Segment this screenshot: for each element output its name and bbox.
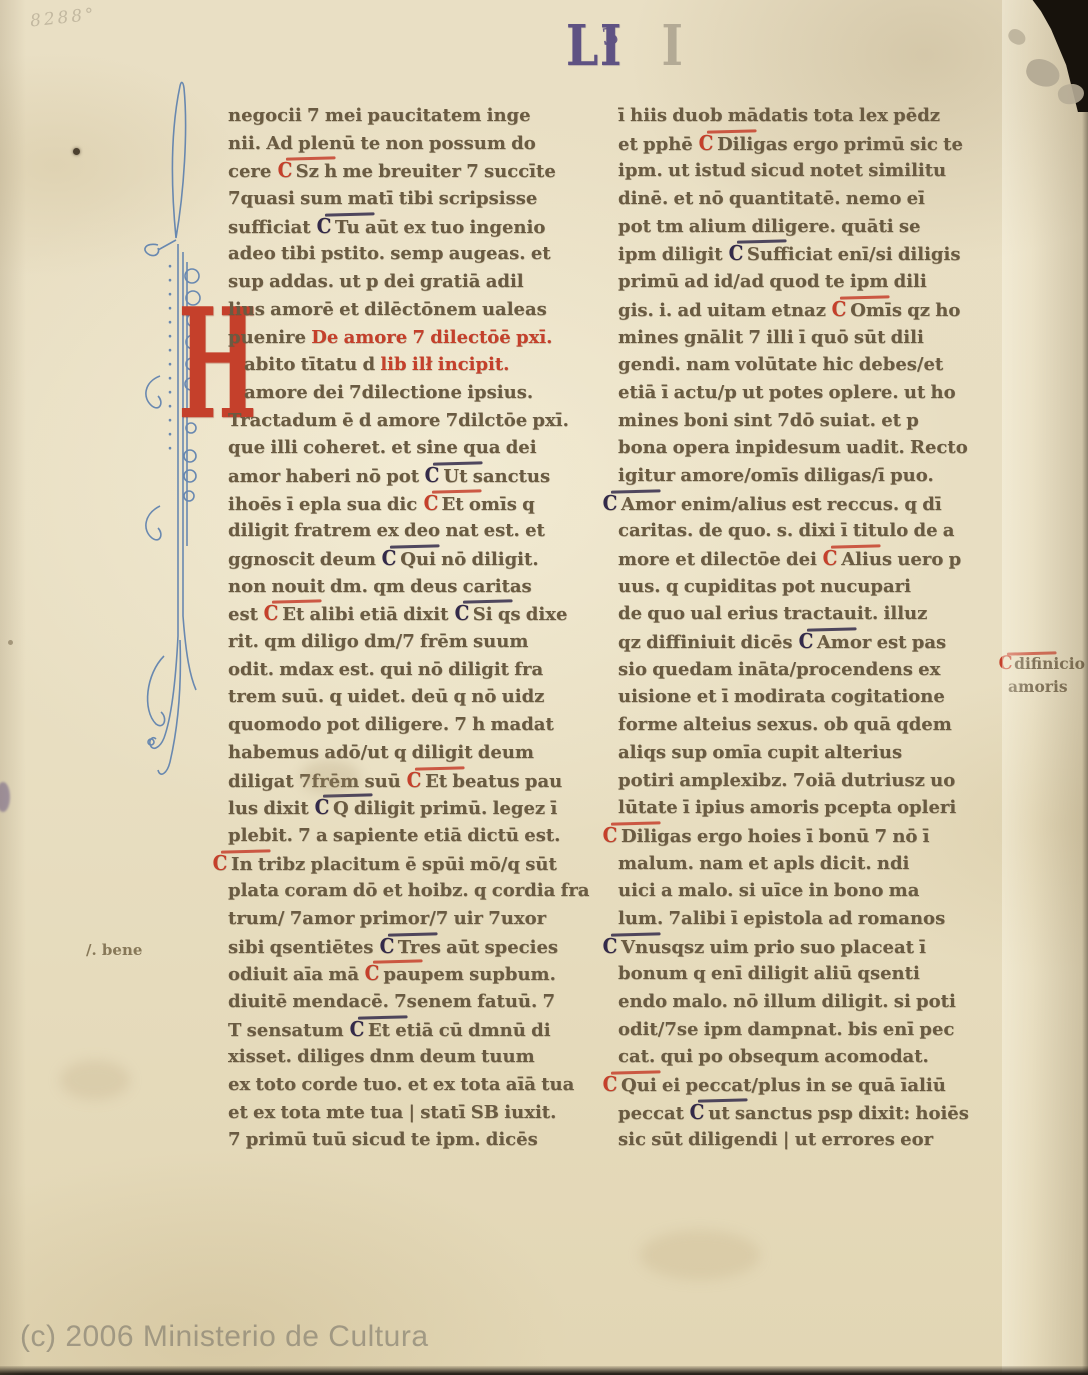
text-run: amore dei 7dilectione ipsius. (244, 382, 533, 403)
text-run: Et beatus pau (425, 771, 562, 792)
manuscript-line: aliqs sup omīa cupit alterius (618, 739, 998, 767)
manuscript-line: que illi coheret. et sine qua dei (228, 434, 580, 462)
text-run: more et dilectōe dei (618, 549, 822, 570)
text-run: Alius uero p (841, 549, 961, 570)
manuscript-line: CVnusqsz uim prio suo placeat ī (618, 933, 998, 961)
text-run: Et etiā cū dmnū di (368, 1020, 551, 1041)
manuscript-line: xisset. diliges dnm deum tuum (228, 1043, 580, 1071)
text-run: Qui ei peccat/plus in se quā īaliū (621, 1075, 946, 1096)
scan-bottom-edge (0, 1366, 1088, 1375)
paraph-mark: C (699, 130, 714, 158)
manuscript-line: rit. qm diligo dm/7 frēm suum (228, 628, 580, 656)
text-run: Tractadum ē d amore 7dilctōe pxī. (228, 410, 569, 431)
manuscript-line: abito tītatu d lib ilł incipit. (228, 351, 580, 379)
margin-note-line: amoris (1008, 677, 1068, 696)
text-run: endo malo. nō illum diligit. si poti (618, 991, 956, 1012)
paraph-mark: C (423, 490, 438, 518)
text-column-left: negocii 7 mei paucitatem ingenii. Ad ple… (228, 102, 580, 1154)
text-run: uisione et ī modirata cogitatione (618, 686, 945, 707)
text-run: Q diligit primū. legez ī (333, 798, 557, 819)
manuscript-line: uus. q cupiditas pot nucupari (618, 573, 998, 601)
manuscript-line: non nouit dm. qm deus caritas (228, 573, 580, 601)
manuscript-line: endo malo. nō illum diligit. si poti (618, 988, 998, 1016)
text-run: Et omīs q (442, 494, 535, 515)
manuscript-line: bona opera inpidesum uadit. Recto (618, 434, 998, 462)
text-run: habemus adō/ut q diligit deum (228, 742, 534, 763)
text-run: Vnusqsz uim prio suo placeat ī (621, 937, 926, 958)
parchment-hole (73, 148, 80, 155)
text-run: Diligas ergo hoies ī bonū 7 nō ī (621, 826, 929, 847)
paraph-mark: C (264, 600, 279, 628)
manuscript-line: adeo tibi pstito. semp augeas. et (228, 240, 580, 268)
text-run: sibi qsentiētes (228, 937, 379, 958)
manuscript-line: plata coram dō et hoibz. q cordia fra (228, 877, 580, 905)
text-run: gendi. nam volūtate hic debes/et (618, 354, 943, 375)
text-run: forme alteius sexus. ob quā qdem (618, 714, 952, 735)
manuscript-line: lus dixit CQ diligit primū. legez ī (228, 794, 580, 822)
text-run: malum. nam et apls dicit. ndi (618, 853, 909, 874)
corner-shelfmark: 8288° (29, 5, 97, 32)
paraph-mark: C (454, 600, 469, 628)
text-run: gis. i. ad uitam etnaz (618, 300, 831, 321)
manuscript-line: diligit fratrem ex deo nat est. et (228, 517, 580, 545)
text-run: cere (228, 161, 277, 182)
text-run: Omīs qz ho (850, 300, 960, 321)
manuscript-line: odit. mdax est. qui nō diligit fra (228, 656, 580, 684)
text-run: Tres aūt species (398, 937, 558, 958)
text-run: bonum q enī diligit aliū qsenti (618, 963, 920, 984)
margin-note-line: difinicio (1014, 654, 1085, 673)
manuscript-line: etiā ī actu/p ut potes oplere. ut ho (618, 379, 998, 407)
text-run: trum/ 7amor primor/7 uir 7uxor (228, 908, 546, 929)
text-run: ihoēs ī epla sua dic (228, 494, 423, 515)
text-run: plata coram dō et hoibz. q cordia fra (228, 880, 589, 901)
text-run: Sz h me breuiter 7 succīte (296, 161, 556, 182)
manuscript-line: potiri amplexibz. 7oiā dutriusz uo (618, 767, 998, 795)
manuscript-line: igitur amore/omīs diligas/ī puo. (618, 462, 998, 490)
text-run: paupem supbum. (383, 964, 555, 985)
text-run: Et alibi etiā dixit (282, 604, 453, 625)
manuscript-line: Tractadum ē d amore 7dilctōe pxī. (228, 407, 580, 435)
text-run: sic sūt diligendi | ut errores eor (618, 1129, 933, 1150)
manuscript-line: ipm. ut istud sicud notet similitu (618, 157, 998, 185)
text-run: Amor enim/alius est reccus. q dī (621, 494, 942, 515)
manuscript-line: gendi. nam volūtate hic debes/et (618, 351, 998, 379)
text-run: nii. Ad plenū te non possum do (228, 133, 536, 154)
text-run: igitur amore/omīs diligas/ī puo. (618, 465, 934, 486)
paraph-mark: C (317, 213, 332, 241)
text-run: sio quedam ināta/procendens ex (618, 659, 940, 680)
manuscript-line: odit/7se ipm dampnat. bis enī pec (618, 1016, 998, 1044)
text-run: odiuit aīa mā (228, 964, 364, 985)
text-run: etiā ī actu/p ut potes oplere. ut ho (618, 382, 956, 403)
manuscript-line: de quo ual erius tractauit. illuz (618, 600, 998, 628)
paraph-mark: C (407, 767, 422, 795)
manuscript-line: bonum q enī diligit aliū qsenti (618, 960, 998, 988)
text-run: odit/7se ipm dampnat. bis enī pec (618, 1019, 954, 1040)
text-run: Amor est pas (817, 632, 946, 653)
text-run: ut sanctus psp dixit: hoiēs (708, 1103, 969, 1124)
text-run: rit. qm diligo dm/7 frēm suum (228, 631, 528, 652)
text-run: Diligas ergo primū sic te (717, 134, 963, 155)
manuscript-line: ipm diligit CSufficiat enī/si diligis (618, 240, 998, 268)
manuscript-line: CAmor enim/alius est reccus. q dī (618, 490, 998, 518)
manuscript-line: mines boni sint 7dō suiat. et p (618, 407, 998, 435)
manuscript-line: odiuit aīa mā Cpaupem supbum. (228, 960, 580, 988)
parchment-page: 8288° ʒ LI I H negocii 7 mei paucitatem … (0, 0, 1088, 1375)
manuscript-line: et ex tota mte tua | statī SB iuxit. (228, 1099, 580, 1127)
manuscript-line: caritas. de quo. s. dixi ī titulo de a (618, 517, 998, 545)
manuscript-line: dinē. et nō quantitatē. nemo eī (618, 185, 998, 213)
paraph-mark: C (425, 462, 440, 490)
paraph-mark: C (832, 296, 847, 324)
manuscript-line: diligat 7frēm suū CEt beatus pau (228, 767, 580, 795)
paraph-mark: C (728, 240, 743, 268)
text-run: plebit. 7 a sapiente etiā dictū est. (228, 825, 560, 846)
manuscript-line: nii. Ad plenū te non possum do (228, 130, 580, 158)
text-run: primū ad id/ad quod te ipm dili (618, 271, 927, 292)
scan-left-shadow (0, 0, 26, 1375)
text-run: xisset. diliges dnm deum tuum (228, 1046, 535, 1067)
manuscript-line: ihoēs ī epla sua dic CEt omīs q (228, 490, 580, 518)
manuscript-line: quomodo pot diligere. 7 h madat (228, 711, 580, 739)
text-run: de quo ual erius tractauit. illuz (618, 603, 927, 624)
text-run: lius amorē et dilēctōnem ualeas (228, 299, 547, 320)
text-run: uus. q cupiditas pot nucupari (618, 576, 911, 597)
paraph-mark: C (213, 850, 228, 878)
text-run: cat. qui po obsequm acomodat. (618, 1046, 929, 1067)
text-run: peccat (618, 1103, 689, 1124)
manuscript-line: CIn tribz placitum ē spūi mō/q sūt (228, 850, 580, 878)
manuscript-line: CDiligas ergo hoies ī bonū 7 nō ī (618, 822, 998, 850)
text-run: diuitē mendacē. 7senem fatuū. 7 (228, 991, 555, 1012)
text-run: lūtate ī ipius amoris pcepta opleri (618, 797, 956, 818)
manuscript-line: 7quasi sum matī tibi scripsisse (228, 185, 580, 213)
paraph-mark: C (350, 1016, 365, 1044)
text-run: Tu aūt ex tuo ingenio (335, 217, 545, 238)
manuscript-line: negocii 7 mei paucitatem inge (228, 102, 580, 130)
manuscript-line: diuitē mendacē. 7senem fatuū. 7 (228, 988, 580, 1016)
manuscript-line: puenire De amore 7 dilectōē pxī. (228, 324, 580, 352)
text-run: que illi coheret. et sine qua dei (228, 437, 537, 458)
manuscript-line: forme alteius sexus. ob quā qdem (618, 711, 998, 739)
text-run: ex toto corde tuo. et ex tota aīā tua (228, 1074, 574, 1095)
paraph-mark: C (277, 157, 292, 185)
text-run: lus dixit (228, 798, 314, 819)
text-run: T sensatum (228, 1020, 349, 1041)
text-run: ipm diligit (618, 244, 728, 265)
paraph-mark: C (365, 960, 380, 988)
manuscript-line: lius amorē et dilēctōnem ualeas (228, 296, 580, 324)
text-run: trem suū. q uidet. deū q nō uidz (228, 686, 544, 707)
text-run: aliqs sup omīa cupit alterius (618, 742, 902, 763)
paraph-mark: C (603, 933, 618, 961)
manuscript-line: lum. 7alibi ī epistola ad romanos (618, 905, 998, 933)
text-run: odit. mdax est. qui nō diligit fra (228, 659, 543, 680)
paraph-mark: C (603, 822, 618, 850)
text-run: est (228, 604, 263, 625)
manuscript-scan: { "page": { "folio_number": "LI", "folio… (0, 0, 1088, 1375)
manuscript-line: cat. qui po obsequm acomodat. (618, 1043, 998, 1071)
text-run: potiri amplexibz. 7oiā dutriusz uo (618, 770, 955, 791)
text-run: caritas. de quo. s. dixi ī titulo de a (618, 520, 954, 541)
paraph-mark: C (999, 652, 1013, 675)
parchment-stain (640, 1230, 760, 1280)
text-run: dinē. et nō quantitatē. nemo eī (618, 188, 925, 209)
manuscript-line: plebit. 7 a sapiente etiā dictū est. (228, 822, 580, 850)
text-run: ggnoscit deum (228, 549, 381, 570)
text-run: mines boni sint 7dō suiat. et p (618, 410, 919, 431)
watermark-text: (c) 2006 Ministerio de Cultura (20, 1320, 429, 1354)
text-run: abito tītatu d (244, 354, 380, 375)
manuscript-line: cere CSz h me breuiter 7 succīte (228, 157, 580, 185)
text-run: sup addas. ut p dei gratiā adil (228, 271, 524, 292)
text-run: et ex tota mte tua | statī SB iuxit. (228, 1102, 556, 1123)
text-run: lum. 7alibi ī epistola ad romanos (618, 908, 945, 929)
text-run: qz diffiniuit dicēs (618, 632, 798, 653)
manuscript-line: ex toto corde tuo. et ex tota aīā tua (228, 1071, 580, 1099)
text-run: non nouit dm. qm deus caritas (228, 576, 532, 597)
parchment-stain (300, 760, 360, 794)
folio-number-ghost: I (662, 16, 685, 76)
manuscript-line: sufficiat CTu aūt ex tuo ingenio (228, 213, 580, 241)
manuscript-line: pot tm alium diligere. quāti se (618, 213, 998, 241)
manuscript-line: sic sūt diligendi | ut errores eor (618, 1126, 998, 1154)
manuscript-line: trum/ 7amor primor/7 uir 7uxor (228, 905, 580, 933)
folio-number-text: LI (566, 16, 623, 76)
manuscript-line: malum. nam et apls dicit. ndi (618, 850, 998, 878)
manuscript-line: amore dei 7dilectione ipsius. (228, 379, 580, 407)
margin-note-definition: Cdifinicio amoris (998, 652, 1085, 698)
torn-paper-bit (1023, 55, 1063, 90)
text-run: In tribz placitum ē spūi mō/q sūt (231, 854, 557, 875)
text-run: adeo tibi pstito. semp augeas. et (228, 243, 551, 264)
manuscript-line: ī hiis duob mādatis tota lex pēdz (618, 102, 998, 130)
text-run: sufficiat (228, 217, 316, 238)
manuscript-line: sibi qsentiētes CTres aūt species (228, 933, 580, 961)
manuscript-line: lūtate ī ipius amoris pcepta opleri (618, 794, 998, 822)
paraph-mark: C (798, 628, 813, 656)
text-run: ī hiis duob mādatis tota lex pēdz (618, 105, 940, 126)
manuscript-line: ggnoscit deum CQui nō diligit. (228, 545, 580, 573)
text-run: Ut sanctus (443, 466, 550, 487)
manuscript-line: uici a malo. si uīce in bono ma (618, 877, 998, 905)
paraph-mark: C (823, 545, 838, 573)
paraph-mark: C (603, 490, 618, 518)
manuscript-line: sio quedam ināta/procendens ex (618, 656, 998, 684)
parchment-stain (60, 1060, 130, 1100)
manuscript-line: peccat Cut sanctus psp dixit: hoiēs (618, 1099, 998, 1127)
margin-note-bene: /. bene (86, 941, 142, 959)
manuscript-line: trem suū. q uidet. deū q nō uidz (228, 683, 580, 711)
text-run: uici a malo. si uīce in bono ma (618, 880, 919, 901)
text-run: 7quasi sum matī tibi scripsisse (228, 188, 537, 209)
text-run: et pphē (618, 134, 698, 155)
text-run: negocii 7 mei paucitatem inge (228, 105, 531, 126)
torn-paper-bit (1006, 26, 1029, 47)
manuscript-line: more et dilectōe dei CAlius uero p (618, 545, 998, 573)
manuscript-line: habemus adō/ut q diligit deum (228, 739, 580, 767)
text-run: pot tm alium diligere. quāti se (618, 216, 921, 237)
manuscript-line: primū ad id/ad quod te ipm dili (618, 268, 998, 296)
text-run: quomodo pot diligere. 7 h madat (228, 714, 554, 735)
manuscript-line: et pphē CDiligas ergo primū sic te (618, 130, 998, 158)
manuscript-line: uisione et ī modirata cogitatione (618, 683, 998, 711)
paraph-mark: C (690, 1099, 705, 1127)
text-run: amor haberi nō pot (228, 466, 424, 487)
manuscript-line: amor haberi nō pot CUt sanctus (228, 462, 580, 490)
text-run: Sufficiat enī/si diligis (747, 244, 961, 265)
manuscript-line: sup addas. ut p dei gratiā adil (228, 268, 580, 296)
text-run: De amore 7 dilectōē pxī. (311, 327, 552, 348)
manuscript-line: est CEt alibi etiā dixit CSi qs dixe (228, 600, 580, 628)
text-run: bona opera inpidesum uadit. Recto (618, 437, 968, 458)
text-run: Qui nō diligit. (400, 549, 538, 570)
text-column-right: ī hiis duob mādatis tota lex pēdzet pphē… (618, 102, 998, 1154)
manuscript-line: mines gnālit 7 illi ī quō sūt dili (618, 324, 998, 352)
manuscript-line: T sensatum CEt etiā cū dmnū di (228, 1016, 580, 1044)
text-run: mines gnālit 7 illi ī quō sūt dili (618, 327, 924, 348)
paraph-mark: C (315, 794, 330, 822)
text-run: ipm. ut istud sicud notet similitu (618, 160, 946, 181)
text-run: Si qs dixe (473, 604, 568, 625)
paraph-mark: C (382, 545, 397, 573)
folio-number: ʒ LI I (566, 16, 687, 80)
manuscript-line: qz diffiniuit dicēs CAmor est pas (618, 628, 998, 656)
text-run: diligit fratrem ex deo nat est. et (228, 520, 545, 541)
paraph-mark: C (603, 1071, 618, 1099)
text-run: 7 primū tuū sicud te ipm. dicēs (228, 1129, 538, 1150)
paraph-mark: C (379, 933, 394, 961)
manuscript-line: 7 primū tuū sicud te ipm. dicēs (228, 1126, 580, 1154)
text-run: puenire (228, 327, 311, 348)
manuscript-line: gis. i. ad uitam etnaz COmīs qz ho (618, 296, 998, 324)
manuscript-line: CQui ei peccat/plus in se quā īaliū (618, 1071, 998, 1099)
text-run: lib ilł incipit. (380, 354, 509, 375)
